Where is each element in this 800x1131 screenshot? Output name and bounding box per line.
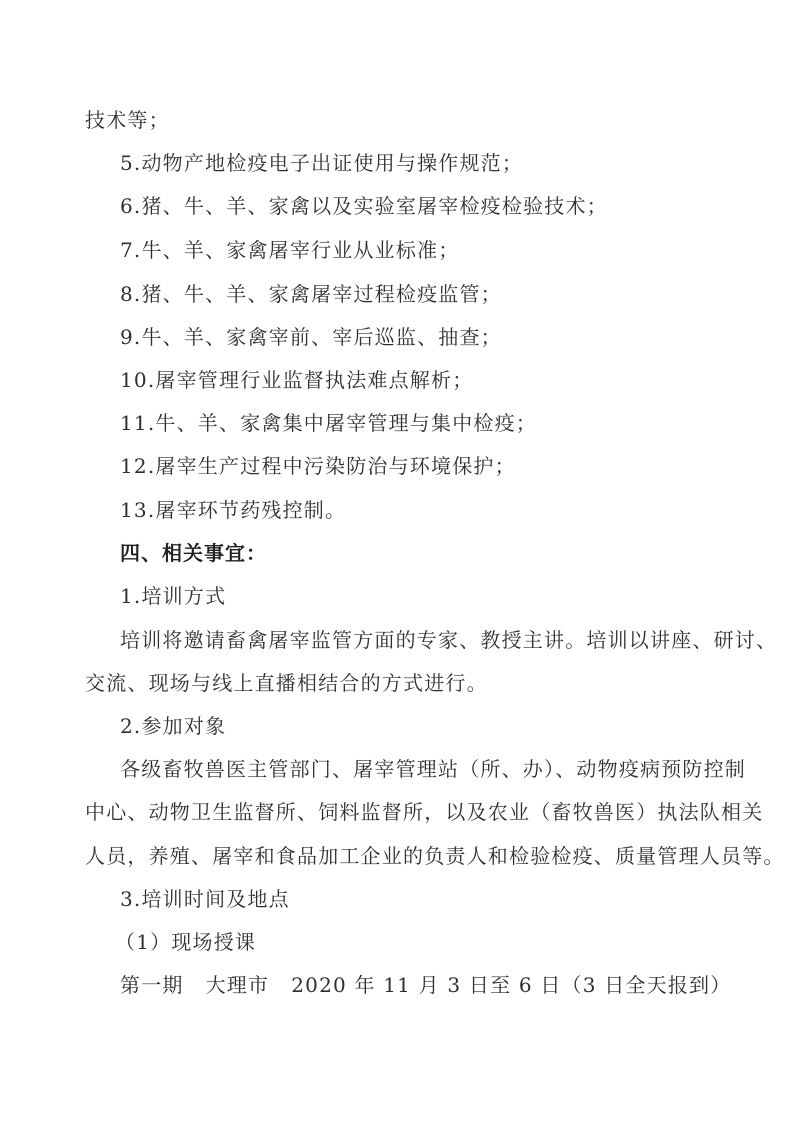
section-heading-related-matters: 四、相关事宜： bbox=[120, 538, 760, 568]
participants-paragraph-line-3: 人员，养殖、屠宰和食品加工企业的负责人和检验检疫、质量管理人员等。 bbox=[85, 841, 725, 871]
topic-item-5: 5.动物产地检疫电子出证使用与操作规范； bbox=[120, 148, 760, 178]
topic-item-7: 7.牛、羊、家禽屠宰行业从业标准； bbox=[120, 235, 760, 265]
topic-item-6: 6.猪、牛、羊、家禽以及实验室屠宰检疫检验技术； bbox=[120, 191, 760, 221]
training-method-paragraph-line-2: 交流、现场与线上直播相结合的方式进行。 bbox=[85, 668, 725, 698]
topic-item-11: 11.牛、羊、家禽集中屠宰管理与集中检疫； bbox=[120, 408, 760, 438]
subsection-title-time-and-place: 3.培训时间及地点 bbox=[120, 884, 760, 914]
subsection-title-training-method: 1.培训方式 bbox=[120, 581, 760, 611]
topic-item-9: 9.牛、羊、家禽宰前、宰后巡监、抽查； bbox=[120, 322, 760, 352]
session-1-dates: 2020 年 11 月 3 日至 6 日（3 日全天报到） bbox=[291, 973, 731, 997]
participants-paragraph-line-2: 中心、动物卫生监督所、饲料监督所，以及农业（畜牧兽医）执法队相关 bbox=[85, 797, 725, 827]
participants-paragraph-line-1: 各级畜牧兽医主管部门、屠宰管理站（所、办）、动物疫病预防控制 bbox=[120, 754, 725, 784]
topic-item-13: 13.屠宰环节药残控制。 bbox=[120, 495, 760, 525]
topic-item-12: 12.屠宰生产过程中污染防治与环境保护； bbox=[120, 451, 760, 481]
topic-item-8: 8.猪、牛、羊、家禽屠宰过程检疫监管； bbox=[120, 279, 760, 309]
continuation-text: 技术等； bbox=[85, 105, 725, 135]
session-1-period: 第一期 bbox=[120, 973, 184, 997]
topic-item-10: 10.屠宰管理行业监督执法难点解析； bbox=[120, 365, 760, 395]
session-1-row: 第一期大理市2020 年 11 月 3 日至 6 日（3 日全天报到） bbox=[120, 970, 760, 1000]
onsite-teaching-title: （1）现场授课 bbox=[115, 927, 755, 957]
training-method-paragraph-line-1: 培训将邀请畜禽屠宰监管方面的专家、教授主讲。培训以讲座、研讨、 bbox=[120, 625, 725, 655]
session-1-city: 大理市 bbox=[206, 973, 270, 997]
document-page: 技术等； 5.动物产地检疫电子出证使用与操作规范； 6.猪、牛、羊、家禽以及实验… bbox=[0, 0, 800, 1131]
subsection-title-participants: 2.参加对象 bbox=[120, 711, 760, 741]
